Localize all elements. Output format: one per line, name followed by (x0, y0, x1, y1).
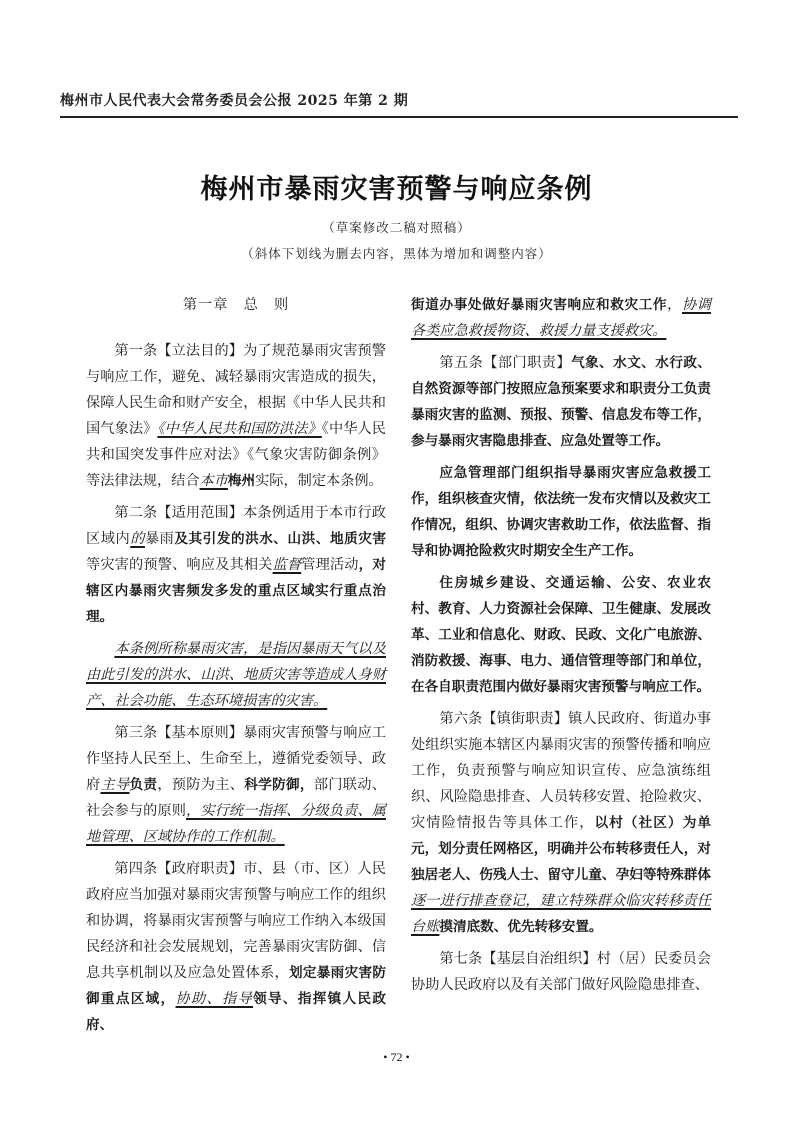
article-label: 第六条【镇街职责】 (439, 711, 568, 727)
added-text: 街道办事处做好暴雨灾害响应和救灾工作 (411, 297, 667, 313)
article-label: 第五条【部门职责】 (439, 355, 571, 371)
article-text: 管理活动 (301, 557, 358, 573)
document-title: 梅州市暴雨灾害预警与响应条例 (0, 167, 793, 206)
article-label: 第三条【基本原则】 (114, 725, 243, 741)
added-text: 负责 (130, 777, 158, 793)
article-5: 第五条【部门职责】气象、水文、水行政、自然资源等部门按照应急预案要求和职责分工负… (411, 350, 711, 454)
markup-legend-note: （斜体下划线为删去内容，黑体为增加和调整内容） (0, 244, 793, 262)
article-6: 第六条【镇街职责】镇人民政府、街道办事处组织实施本辖区内暴雨灾害的预警传播和响应… (411, 706, 711, 940)
right-column: 街道办事处做好暴雨灾害响应和救灾工作，协调各类应急救援物资、救援力量支援救灾。 … (411, 292, 711, 1004)
article-label: 第七条【基层自治组织】 (439, 951, 596, 967)
deleted-text: 的 (130, 531, 145, 547)
left-column: 第一章 总 则 第一条【立法目的】为了规范暴雨灾害预警与响应工作，避免、减轻暴雨… (86, 292, 386, 1044)
journal-header: 梅州市人民代表大会常务委员会公报 2025 年第 2 期 (60, 88, 740, 118)
deleted-text: 本条例所称暴雨灾害，是指因暴雨天气以及由此引发的洪水、山洪、地质灾害等造成人身财… (86, 641, 386, 709)
article-1: 第一条【立法目的】为了规范暴雨灾害预警与响应工作，避免、减轻暴雨灾害造成的损失，… (86, 338, 386, 494)
added-text: 应急管理部门组织指导暴雨灾害应急救援工作，组织核查灾情，依法统一发布灾情以及救灾… (411, 465, 711, 559)
article-5-paragraph-2: 应急管理部门组织指导暴雨灾害应急救援工作，组织核查灾情，依法统一发布灾情以及救灾… (411, 460, 711, 564)
added-text: 摸清底数、优先转移安置。 (439, 919, 602, 935)
article-4-continued: 街道办事处做好暴雨灾害响应和救灾工作，协调各类应急救援物资、救援力量支援救灾。 (411, 292, 711, 344)
header-divider (60, 116, 738, 118)
deleted-text: 监督 (273, 557, 302, 573)
article-4: 第四条【政府职责】市、县（市、区）人民政府应当加强对暴雨灾害预警与响应工作的组织… (86, 856, 386, 1038)
deleted-text: 协助、指导 (176, 991, 254, 1007)
article-text: 等灾害的预警、响应及其相关 (86, 557, 273, 573)
article-text: ， (667, 297, 682, 313)
added-text: 科学防御， (244, 777, 314, 793)
added-text: 梅州 (228, 473, 255, 489)
article-text: 镇人民政府、街道办事处组织实施本辖区内暴雨灾害的预警传播和响应工作，负责预警与响… (411, 711, 711, 831)
journal-title: 梅州市人民代表大会常务委员会公报 2025 年第 2 期 (60, 90, 408, 110)
article-7: 第七条【基层自治组织】村（居）民委员会协助人民政府以及有关部门做好风险隐患排查、 (411, 946, 711, 998)
article-5-paragraph-3: 住房城乡建设、交通运输、公安、农业农村、教育、人力资源社会保障、卫生健康、发展改… (411, 570, 711, 700)
added-text: 及其引发的洪水、山洪、地质灾害 (174, 531, 386, 547)
article-2: 第二条【适用范围】本条例适用于本市行政区域内的暴雨及其引发的洪水、山洪、地质灾害… (86, 500, 386, 630)
article-text: 暴雨 (145, 531, 174, 547)
deleted-text: 《中华人民共和国防洪法》 (157, 421, 321, 437)
deleted-text: 主导 (101, 777, 130, 793)
article-label: 第四条【政府职责】 (114, 861, 243, 877)
article-2-deleted-paragraph: 本条例所称暴雨灾害，是指因暴雨天气以及由此引发的洪水、山洪、地质灾害等造成人身财… (86, 636, 386, 714)
article-3: 第三条【基本原则】暴雨灾害预警与响应工作坚持人民至上、生命至上，遵循党委领导、政… (86, 720, 386, 850)
article-text: ，预防为主、 (157, 777, 244, 793)
added-text: 住房城乡建设、交通运输、公安、农业农村、教育、人力资源社会保障、卫生健康、发展改… (411, 575, 711, 695)
document-subtitle: （草案修改二稿对照稿） (0, 218, 793, 236)
deleted-text: 本市 (200, 473, 228, 489)
page-number: • 72 • (0, 1050, 793, 1065)
article-text: 实际，制定本条例。 (255, 473, 383, 489)
chapter-heading: 第一章 总 则 (86, 292, 386, 318)
article-label: 第二条【适用范围】 (114, 505, 243, 521)
article-label: 第一条【立法目的】 (114, 343, 243, 359)
article-text: 市、县（市、区）人民政府应当加强对暴雨灾害预警与响应工作的组织和协调，将暴雨灾害… (86, 861, 386, 981)
